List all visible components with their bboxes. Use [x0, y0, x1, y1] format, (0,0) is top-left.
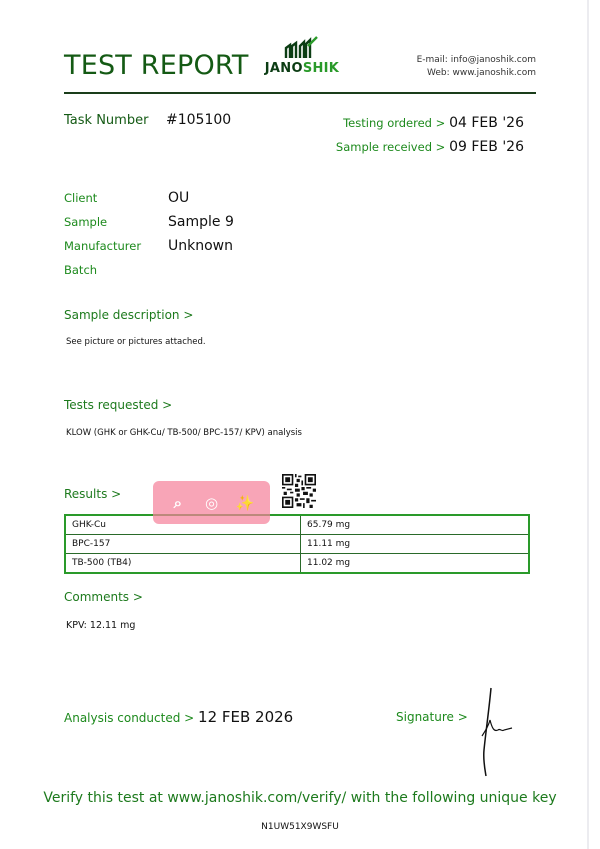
table-row: TB-500 (TB4)11.02 mg	[65, 554, 529, 574]
table-row: GHK-Cu65.79 mg	[65, 515, 529, 535]
sample-received-row: Sample received > 09 FEB '26	[336, 135, 524, 159]
comments-text: KPV: 12.11 mg	[66, 620, 135, 631]
contact-web: Web: www.janoshik.com	[417, 67, 536, 80]
search-icon[interactable]: ⌕	[168, 494, 188, 512]
task-number-label: Task Number	[64, 113, 148, 128]
task-number-value: #105100	[166, 112, 231, 128]
unique-key: N1UW51X9WSFU	[0, 822, 600, 832]
analysis-conducted: Analysis conducted > 12 FEB 2026	[64, 708, 293, 726]
table-row: BPC-15711.11 mg	[65, 535, 529, 554]
comments-heading: Comments >	[64, 590, 143, 604]
sample-received-date: 09 FEB '26	[449, 139, 524, 155]
qr-code-icon[interactable]	[282, 474, 316, 508]
info-row-manufacturer: ManufacturerUnknown	[64, 234, 234, 258]
page-edge-divider	[587, 0, 589, 849]
logo-chart-icon	[262, 34, 342, 62]
header-divider	[64, 92, 536, 94]
info-row-sample: SampleSample 9	[64, 210, 234, 234]
contact-email: E-mail: info@janoshik.com	[417, 54, 536, 67]
tests-requested-heading: Tests requested >	[64, 398, 172, 412]
info-row-batch: Batch	[64, 258, 234, 282]
floating-toolbar: ⌕ ◎ ✨	[153, 481, 270, 524]
dates-block: Testing ordered > 04 FEB '26 Sample rece…	[336, 111, 524, 159]
verify-text: Verify this test at www.janoshik.com/ver…	[0, 790, 600, 806]
info-row-client: ClientOU	[64, 186, 234, 210]
tests-requested-text: KLOW (GHK or GHK-Cu/ TB-500/ BPC-157/ KP…	[66, 428, 302, 438]
testing-ordered-date: 04 FEB '26	[449, 115, 524, 131]
contact-block: E-mail: info@janoshik.com Web: www.janos…	[417, 54, 536, 80]
results-table: GHK-Cu65.79 mg BPC-15711.11 mg TB-500 (T…	[64, 514, 530, 574]
signature-icon	[474, 680, 534, 780]
sample-info: ClientOU SampleSample 9 ManufacturerUnkn…	[64, 186, 234, 282]
report-title: TEST REPORT	[64, 50, 249, 81]
testing-ordered-row: Testing ordered > 04 FEB '26	[336, 111, 524, 135]
logo-wordmark: JANOSHIK	[262, 61, 342, 76]
chat-icon[interactable]: ◎	[201, 494, 221, 512]
sample-description-text: See picture or pictures attached.	[66, 337, 206, 347]
magic-wand-icon[interactable]: ✨	[235, 494, 255, 512]
results-heading: Results >	[64, 487, 121, 501]
signature-label: Signature >	[396, 710, 468, 724]
sample-description-heading: Sample description >	[64, 308, 193, 322]
analysis-date: 12 FEB 2026	[198, 708, 293, 726]
janoshik-logo: JANOSHIK	[262, 34, 342, 82]
